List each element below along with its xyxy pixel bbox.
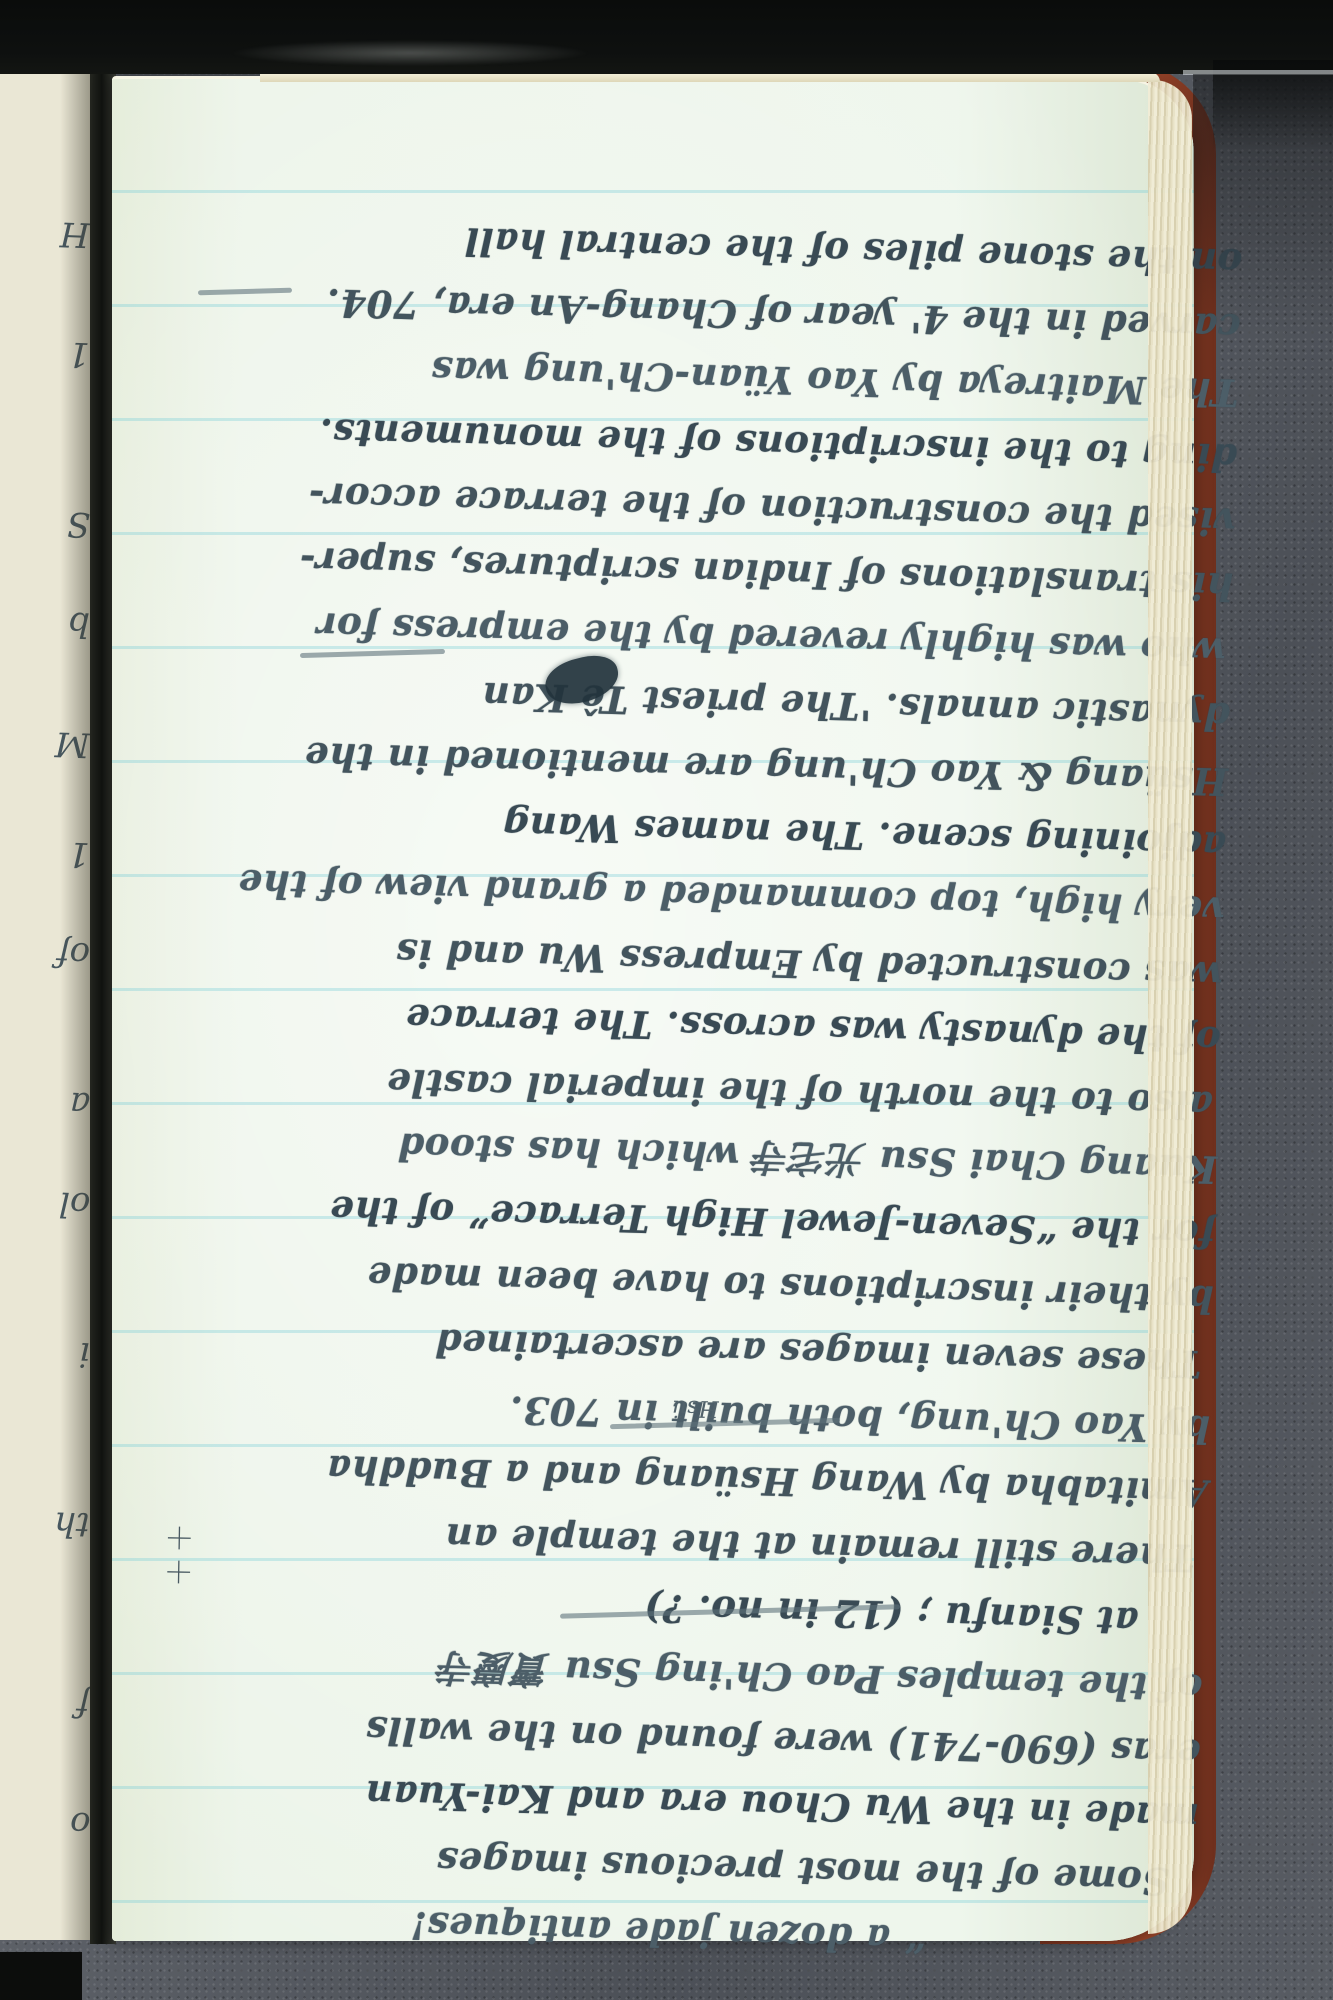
notebook-page: “ a dozen jade antiques!Some of the most…: [112, 76, 1194, 1941]
background-bottom-left: [0, 1952, 82, 2000]
handwriting-block: “ a dozen jade antiques!Some of the most…: [275, 202, 1244, 1979]
superscript-correction: Hsü: [672, 1395, 719, 1422]
page-leaf-edges: [1148, 80, 1192, 1934]
background-top: [0, 0, 1333, 74]
fabric-shadow: [1193, 74, 1333, 334]
underline-mark: [198, 288, 292, 296]
photo-stage: H1SbM1ofaolithfo “ a dozen jade antiques…: [0, 0, 1333, 2000]
margin-plus-marks: ＋ ＋: [163, 1519, 194, 1588]
background-streak: [230, 40, 590, 66]
facing-page-shadow: [60, 74, 90, 1940]
